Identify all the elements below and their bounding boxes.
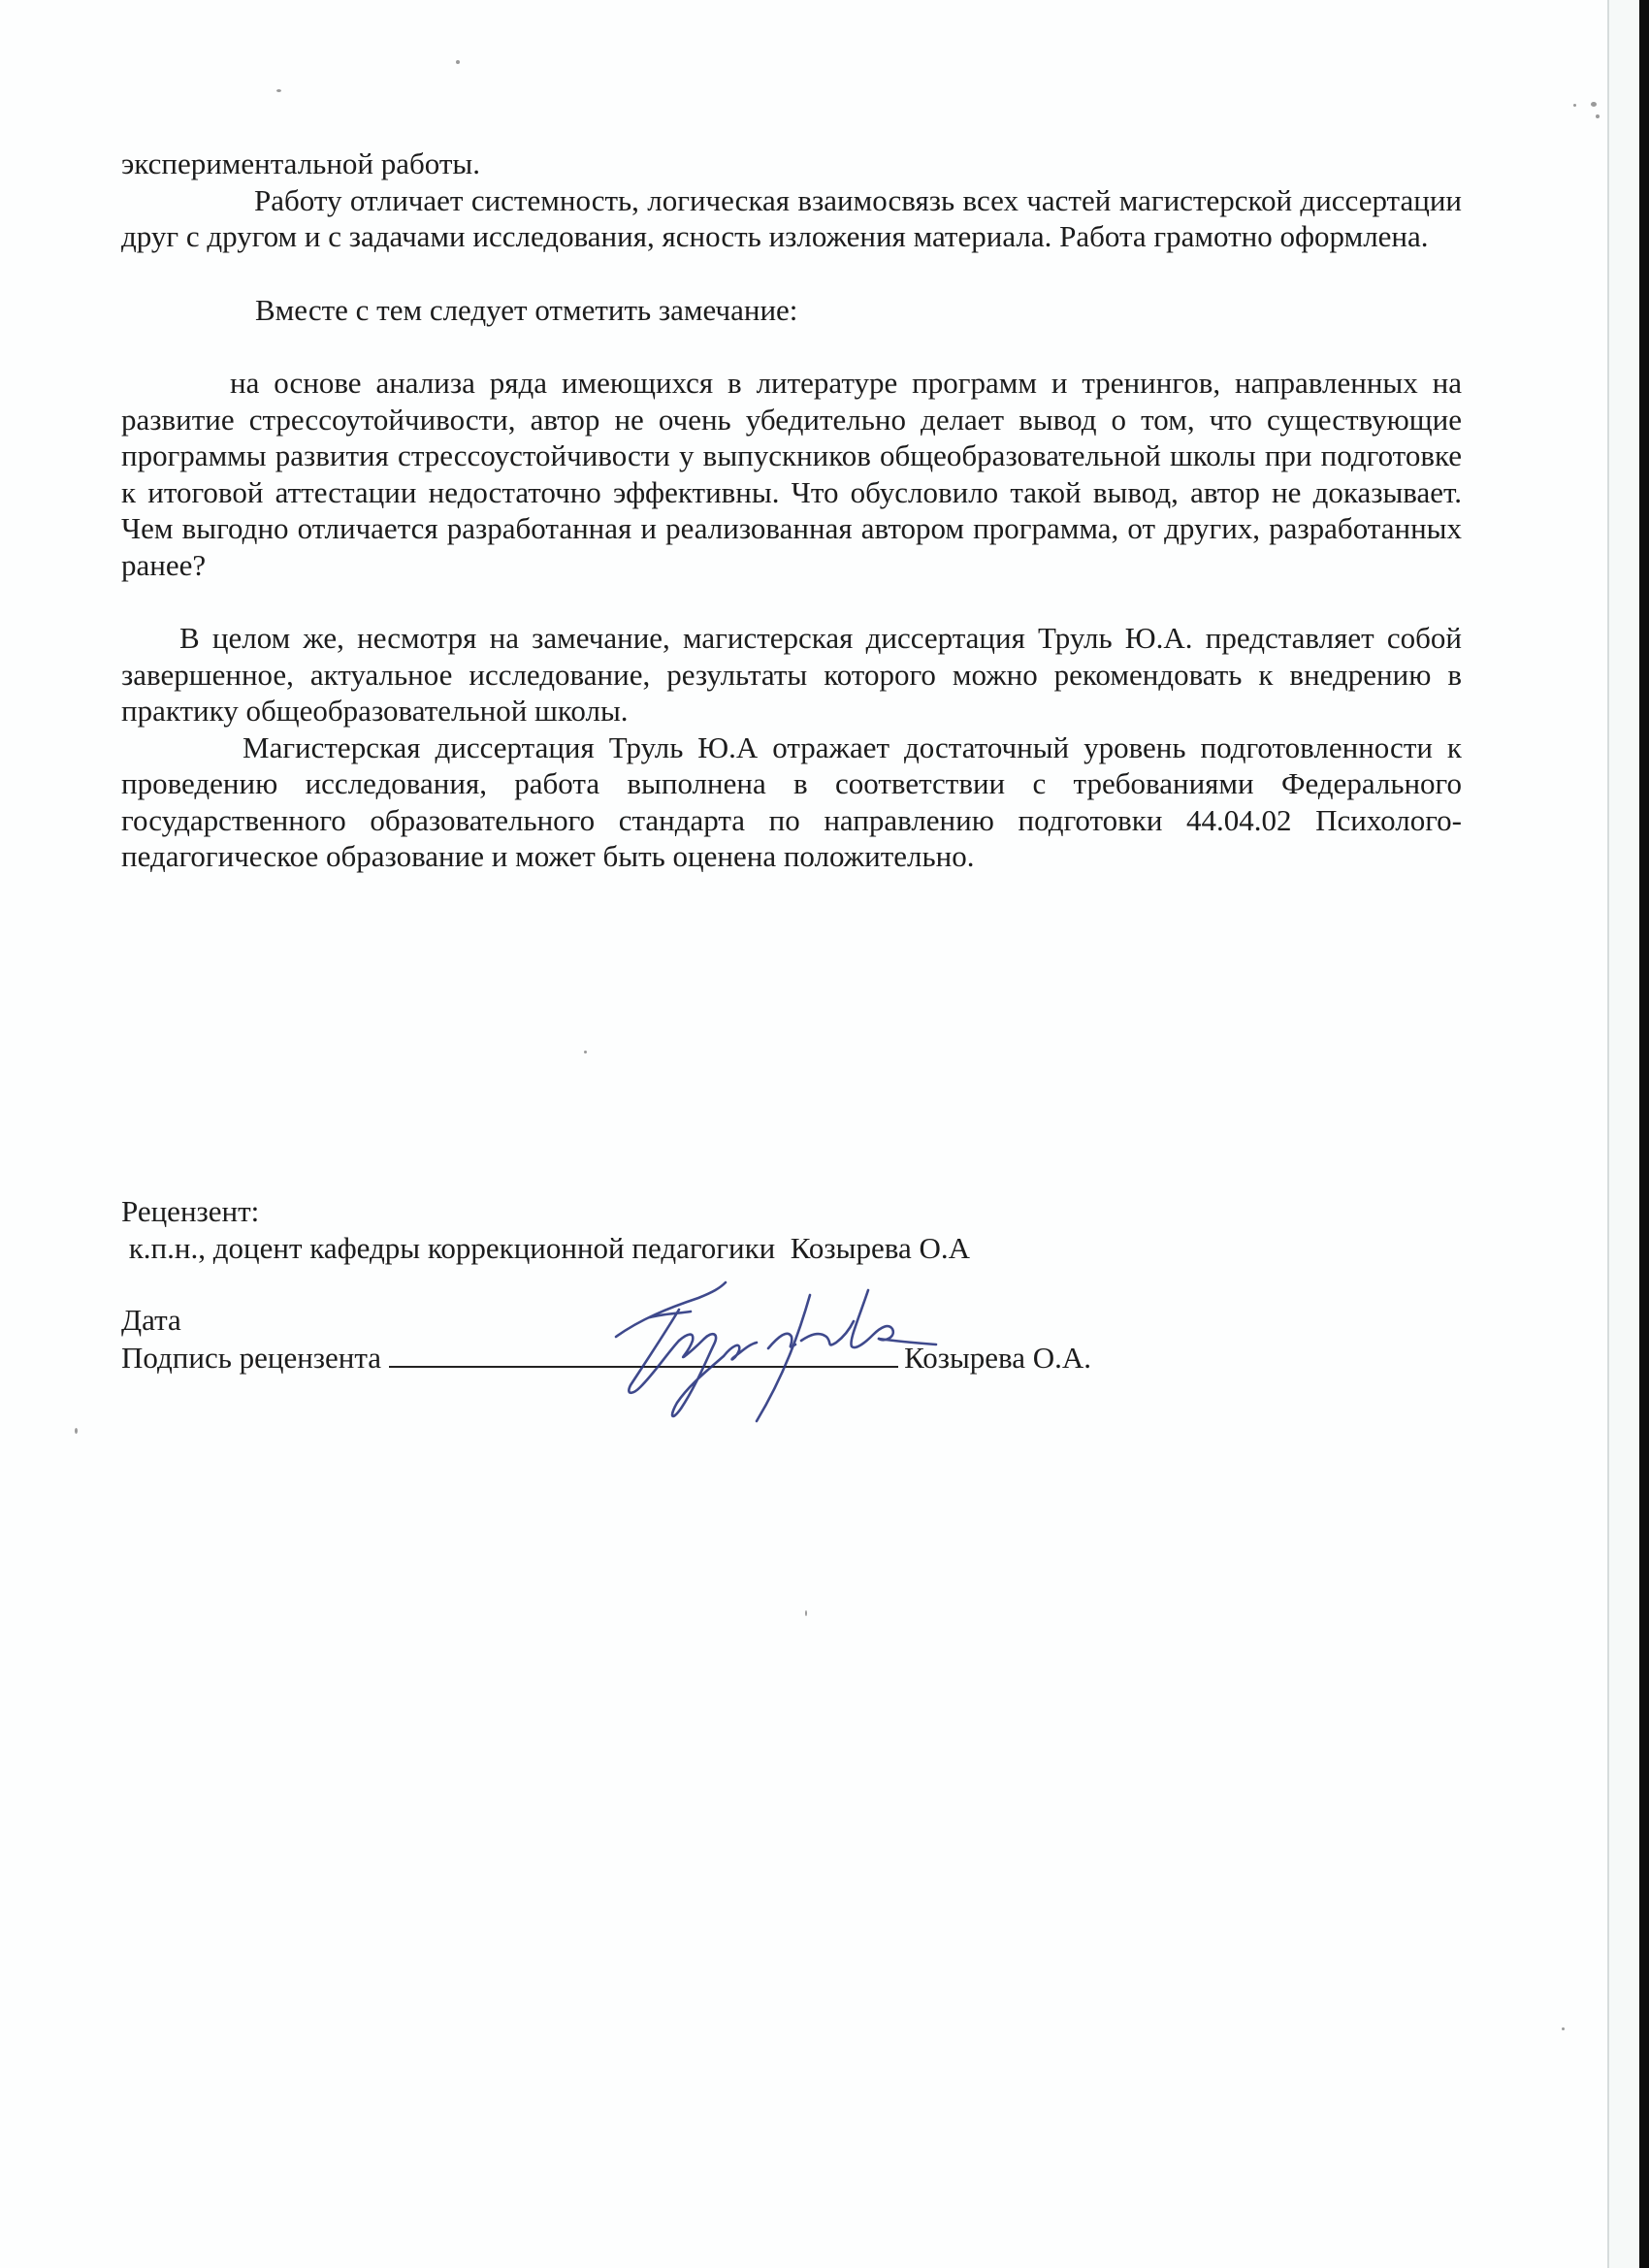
paragraph-remark: на основе анализа ряда имеющихся в литер…	[121, 365, 1462, 583]
scan-speck	[456, 60, 460, 64]
paragraph-remark-heading: Вместе с тем следует отметить замечание:	[121, 292, 1462, 329]
scan-speck	[276, 89, 281, 92]
reviewer-label: Рецензент:	[121, 1193, 1091, 1230]
date-label: Дата	[121, 1302, 1091, 1339]
scan-speck	[1591, 102, 1597, 107]
handwritten-signature-icon	[611, 1280, 941, 1426]
spacer	[121, 255, 1462, 292]
paragraph-assessment: Магистерская диссертация Труль Ю.А отраж…	[121, 729, 1462, 875]
spacer	[121, 328, 1462, 365]
scan-border	[1639, 0, 1649, 2268]
paper-edge-line	[1607, 0, 1609, 2268]
document-body: экспериментальной работы. Работу отличае…	[121, 146, 1462, 875]
scan-speck	[805, 1610, 807, 1616]
spacer	[121, 1266, 1091, 1302]
scan-speck	[1596, 114, 1600, 118]
signature-row: Подпись рецензента Козырева О.А.	[121, 1339, 1091, 1377]
scan-speck	[1573, 104, 1576, 107]
paragraph-strengths: Работу отличает системность, логическая …	[121, 182, 1462, 255]
scan-speck	[75, 1428, 78, 1434]
paragraph-intro-tail: экспериментальной работы.	[121, 146, 1462, 182]
paragraph-conclusion: В целом же, несмотря на замечание, магис…	[121, 620, 1462, 729]
paper-edge-strip	[1609, 0, 1639, 2268]
reviewer-block: Рецензент: к.п.н., доцент кафедры коррек…	[121, 1193, 1091, 1376]
signature-label: Подпись рецензента	[121, 1340, 381, 1377]
reviewer-title: к.п.н., доцент кафедры коррекционной пед…	[121, 1230, 1091, 1267]
scan-speck	[1562, 2027, 1565, 2030]
spacer	[121, 583, 1462, 620]
scan-speck	[584, 1051, 587, 1053]
